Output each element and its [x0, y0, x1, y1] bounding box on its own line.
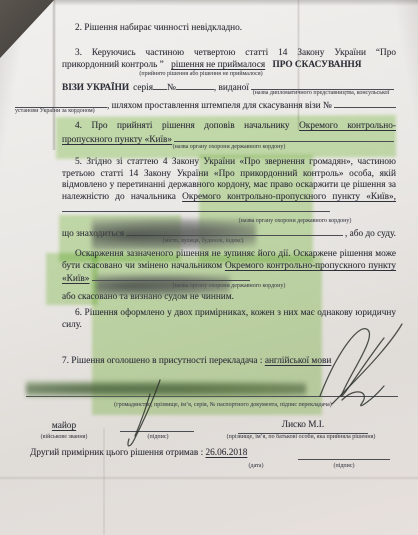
caption-name: (прізвище, ім’я, по батькові особи, яка … [204, 434, 398, 441]
rank-text: майор [30, 421, 98, 433]
caption-border-org-1: (назва органу охорони державного кордону… [148, 144, 310, 151]
visa-issuer-blank [251, 81, 394, 90]
caption-signature-2: (підпис) [312, 463, 376, 470]
stamp-line-text: , шляхом проставлення штемпеля для скасу… [107, 101, 332, 113]
clause-4-line-1-prefix: 4. Про прийняті рішення доповів начальни… [75, 121, 290, 131]
about-cancellation-heading: ПРО СКАСУВАННЯ [272, 60, 361, 70]
decision-not-taken-fill: рішення не приймалося [171, 60, 265, 70]
location-prefix: що знаходиться [62, 229, 124, 241]
signature-scribble-pen [116, 376, 174, 452]
photo-background: 2. Рішення набирає чинності невідкладно.… [0, 0, 418, 535]
caption-address: (місто, вулиця, будинок, індекс) [140, 238, 266, 245]
visa-issued-label: , виданої [214, 83, 249, 95]
visa-number-label: № [167, 83, 176, 95]
clause-5-blank [62, 203, 330, 212]
institution-blank [15, 99, 107, 108]
visa-cancel-number-blank [334, 99, 396, 108]
paper-crease-bottom [103, 428, 105, 535]
visa-seria-blank [153, 81, 167, 90]
clause-4-blank [174, 133, 394, 142]
copy-received-date: 26.06.2018 [206, 448, 248, 458]
caption-consulate-line-1: (назва дипломатичного представництва, ко… [246, 90, 396, 97]
decision-maker-name: Лиско М.І. [238, 420, 368, 434]
clause-7-prefix: 7. Рішення оголошено в присутності перек… [62, 356, 263, 366]
caption-border-org-2: (назва органу охорони державного кордону… [228, 218, 362, 225]
location-blank [126, 227, 343, 236]
clause-3-line-2-prefix: прикордонний контроль ” [62, 60, 164, 70]
clause-5-underlined: Окремого контрольно-пропускного пункту «… [182, 192, 396, 202]
paper-top-edge-shadow [54, 0, 418, 6]
signature-rule-right [298, 459, 390, 460]
appeal-blank [92, 272, 250, 281]
caption-decision-taken-or-not: (прийнято рішення або рішення не приймал… [112, 71, 290, 78]
clause-3-line-1: 3. Керуючись частиною четвертою статті 1… [62, 48, 396, 60]
appeal-tail: або скасовано та визнано судом не чинним… [62, 292, 396, 304]
paper-fold-horizontal [0, 476, 418, 480]
visa-seria-label: серія [133, 83, 153, 95]
visa-ukraine-heading: ВІЗИ УКРАЇНИ [62, 83, 129, 95]
location-suffix: , або до суду. [345, 229, 396, 241]
caption-border-org-3: (назва органу охорони державного кордону… [146, 283, 312, 290]
document-paper: 2. Рішення набирає чинності невідкладно.… [0, 0, 418, 535]
signature-scribble-main [310, 316, 410, 411]
visa-number-blank [176, 81, 214, 90]
caption-consulate-line-2: установи України за кордоном) [15, 108, 127, 115]
caption-date: (дата) [226, 463, 286, 470]
caption-rank: (військове звання) [24, 434, 104, 441]
paper-crease-left [52, 0, 56, 150]
clause-2-text: 2. Рішення набирає чинності невідкладно. [62, 23, 396, 35]
clause-4-line-1-underlined: Окремого контрольно- [299, 121, 396, 131]
